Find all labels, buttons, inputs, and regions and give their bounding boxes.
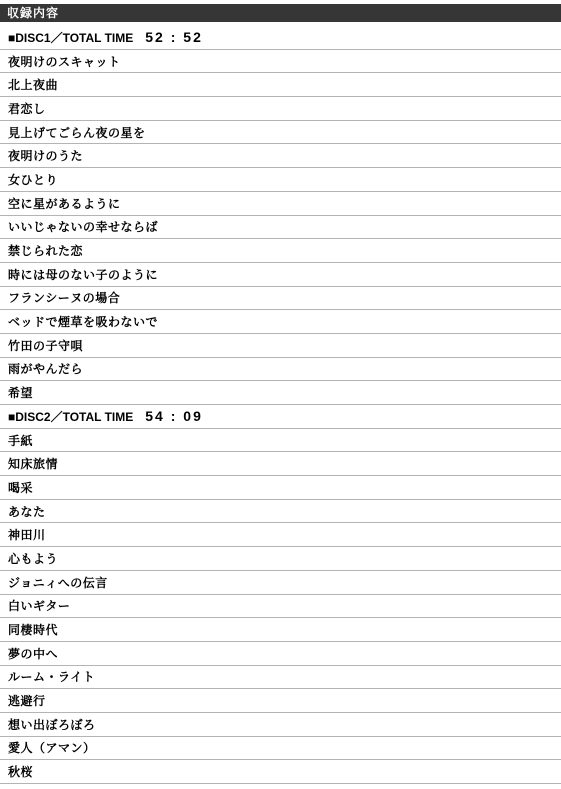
track-title: 竹田の子守唄 [8,337,83,354]
track-row: 空に星があるように [0,192,561,216]
track-title: 白いギター [8,597,70,614]
track-row: 夢の中へ [0,642,561,666]
track-title: ジョニィへの伝言 [8,574,108,591]
disc-header-row: ■DISC1／TOTAL TIME52 : 52 [0,26,561,50]
track-title: 夜明けのうた [8,147,83,164]
track-row: 手紙 [0,429,561,453]
track-row: あなた [0,500,561,524]
track-row: ルーム・ライト [0,666,561,690]
track-row: 白いギター [0,595,561,619]
track-row: 神田川 [0,523,561,547]
track-row: 希望 [0,381,561,405]
track-row: フランシーヌの場合 [0,287,561,311]
track-title: 逃避行 [8,692,46,709]
track-title: 希望 [8,384,33,401]
track-row: 竹田の子守唄 [0,334,561,358]
track-title: 秋桜 [8,763,33,780]
track-title: 夜明けのスキャット [8,53,121,70]
track-title: いいじゃないの幸せならば [8,218,158,235]
track-title: ベッドで煙草を吸わないで [8,313,158,330]
track-title: 知床旅情 [8,455,58,472]
track-row: ジョニィへの伝言 [0,571,561,595]
track-row: 時には母のない子のように [0,263,561,287]
disc-total-time: 52 : 52 [145,29,203,45]
track-row: 同棲時代 [0,618,561,642]
track-title: 夢の中へ [8,645,58,662]
track-title: 同棲時代 [8,621,58,638]
disc-label: ■DISC2／TOTAL TIME [8,408,133,425]
track-title: 神田川 [8,526,46,543]
track-row: ベッドで煙草を吸わないで [0,310,561,334]
track-row: 禁じられた恋 [0,239,561,263]
track-row: 君恋し [0,97,561,121]
track-title: フランシーヌの場合 [8,289,120,306]
track-row: 雨がやんだら [0,358,561,382]
track-row: 夜明けのスキャット [0,50,561,74]
track-row: 秋桜 [0,760,561,784]
track-row: 想い出ぼろぼろ [0,713,561,737]
track-title: 想い出ぼろぼろ [8,716,96,733]
tracklist-table: ■DISC1／TOTAL TIME52 : 52夜明けのスキャット北上夜曲君恋し… [0,26,561,784]
track-title: 雨がやんだら [8,360,83,377]
track-row: 喝采 [0,476,561,500]
disc-label: ■DISC1／TOTAL TIME [8,29,133,46]
track-title: あなた [8,503,46,520]
track-row: 夜明けのうた [0,144,561,168]
track-row: 知床旅情 [0,452,561,476]
track-row: 北上夜曲 [0,73,561,97]
track-title: 喝采 [8,479,33,496]
disc-header-row: ■DISC2／TOTAL TIME54 : 09 [0,405,561,429]
track-title: ルーム・ライト [8,668,95,685]
track-row: 愛人（アマン） [0,737,561,761]
track-title: 心もよう [8,550,58,567]
track-title: 手紙 [8,432,33,449]
disc-total-time: 54 : 09 [145,408,203,424]
track-title: 北上夜曲 [8,76,58,93]
track-title: 愛人（アマン） [8,739,96,756]
track-row: 心もよう [0,547,561,571]
track-title: 君恋し [8,100,46,117]
track-row: 逃避行 [0,689,561,713]
track-title: 時には母のない子のように [8,266,158,283]
track-row: 女ひとり [0,168,561,192]
track-title: 空に星があるように [8,195,121,212]
track-title: 女ひとり [8,171,58,188]
track-title: 見上げてごらん夜の星を [8,124,146,141]
tracklist-page: 収録内容 ■DISC1／TOTAL TIME52 : 52夜明けのスキャット北上… [0,0,561,784]
track-row: 見上げてごらん夜の星を [0,121,561,145]
track-row: いいじゃないの幸せならば [0,216,561,240]
track-title: 禁じられた恋 [8,242,83,259]
section-header: 収録内容 [0,4,561,22]
